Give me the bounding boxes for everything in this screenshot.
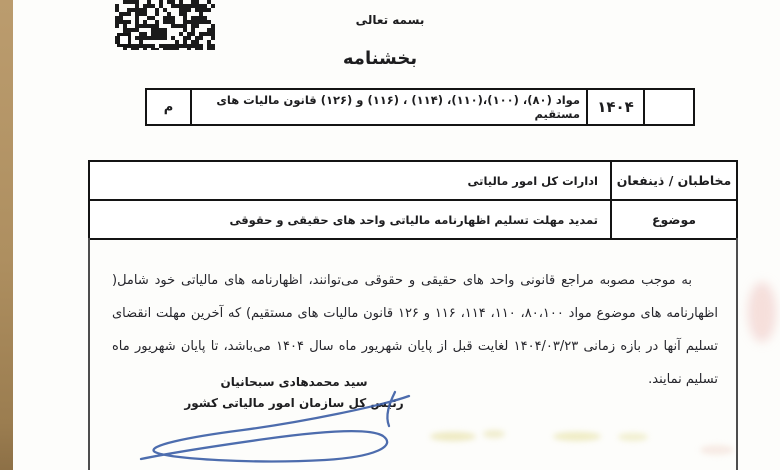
info-table: مخاطبان / ذینفعان ادارات کل امور مالیاتی… <box>88 160 738 240</box>
bismillah-text: بسمه تعالی <box>330 13 450 27</box>
classification-table: م مواد (۸۰)، (۱۰۰)،(۱۱۰)، (۱۱۴) ، (۱۱۶) … <box>145 88 695 126</box>
subject-label: موضوع <box>610 201 736 238</box>
classification-year: ۱۴۰۴ <box>588 90 645 124</box>
scan-smudge <box>430 432 476 441</box>
table-row: موضوع تمدید مهلت تسلیم اظهارنامه مالیاتی… <box>90 199 736 238</box>
table-row: مخاطبان / ذینفعان ادارات کل امور مالیاتی <box>90 162 736 199</box>
subject-value: تمدید مهلت تسلیم اظهارنامه مالیاتی واحد … <box>90 201 610 238</box>
scan-smudge <box>618 433 648 441</box>
scanned-circular-page: بسمه تعالی بخشنامه م مواد (۸۰)، (۱۰۰)،(۱… <box>0 0 780 470</box>
scan-smudge <box>748 282 776 342</box>
classification-type-letter: م <box>147 90 192 124</box>
scan-smudge <box>700 445 734 455</box>
addressees-value: ادارات کل امور مالیاتی <box>90 162 610 199</box>
page-title: بخشنامه <box>318 48 442 69</box>
addressees-label: مخاطبان / ذینفعان <box>610 162 736 199</box>
scan-smudge <box>553 432 601 441</box>
scan-smudge <box>483 430 505 438</box>
qr-code-icon <box>115 0 215 50</box>
scan-edge-strip <box>0 0 13 470</box>
classification-empty-cell <box>645 90 693 124</box>
handwritten-signature <box>133 386 418 466</box>
classification-subject-line: مواد (۸۰)، (۱۰۰)،(۱۱۰)، (۱۱۴) ، (۱۱۶) و … <box>192 90 588 124</box>
